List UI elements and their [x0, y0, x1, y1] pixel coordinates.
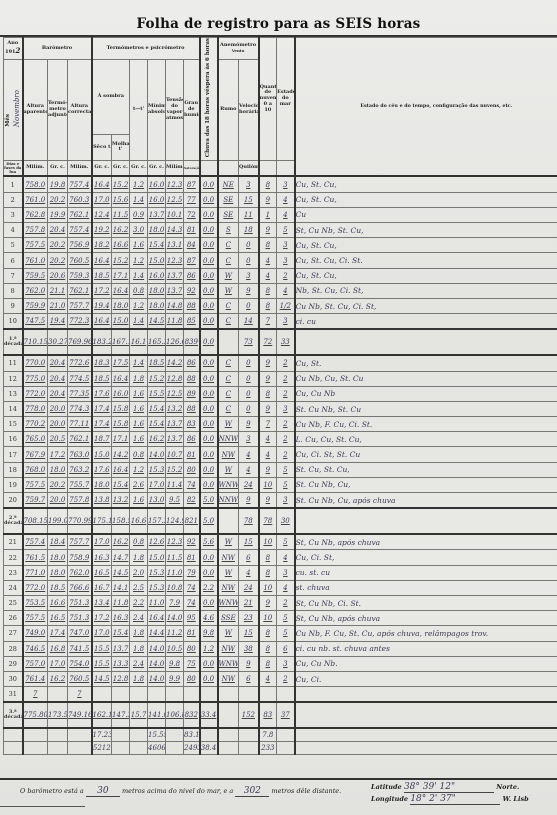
- cell-mar: 3: [277, 176, 295, 192]
- cell-alt: 7̄68.0: [23, 462, 48, 477]
- cell-min: 14.0: [148, 447, 166, 462]
- day-row: 187̄68.018.07̄63.217.616.41.215.315.2800…: [4, 462, 557, 477]
- cell-vel: 4: [239, 565, 259, 580]
- cell-alt: 7̄70.2: [23, 417, 48, 432]
- cell-diff: 2.4: [130, 656, 148, 671]
- cell-diff: 0.8: [130, 534, 148, 550]
- cell-term: 20.4: [48, 386, 68, 401]
- cell-min: 18.0: [148, 283, 166, 298]
- cell-min: 15.2: [148, 371, 166, 386]
- cell-grau: 80: [184, 671, 200, 686]
- cell-alt: 7̄59.7: [23, 493, 48, 509]
- cell-rumo: W: [218, 268, 239, 283]
- unit-milim: Milím.: [23, 160, 48, 176]
- cell-vel: 6: [239, 671, 259, 686]
- total-cell-vel: [239, 728, 259, 742]
- cell-nuv: 10: [259, 534, 277, 550]
- clouds-header: Quantidade de nuvens 0 a 10: [259, 38, 277, 161]
- total-cell-tens: [166, 742, 184, 755]
- cell-rumo: W: [218, 417, 239, 432]
- cell-nuv: 8: [259, 565, 277, 580]
- cell-molh: 11.8: [112, 595, 130, 610]
- cell-corr: 7̄62.0: [68, 565, 92, 580]
- cell-alt: 7̄57.5: [23, 477, 48, 492]
- day-number: 26: [4, 611, 23, 626]
- cell-chuva: 0.0: [200, 462, 218, 477]
- cell-alt: 7̄53.5: [23, 595, 48, 610]
- cell-nuv: 10: [259, 580, 277, 595]
- cell-alt: 7̄62.0: [23, 283, 48, 298]
- cell-corr: 7̄57.7: [68, 534, 92, 550]
- cell-seco: 19.4: [92, 298, 112, 313]
- sky-remarks: Cu Nb, F. Cu, St. Cu, após chuva, relâmp…: [295, 626, 557, 641]
- day-number: 21: [4, 534, 23, 550]
- cell-corr: 7̄41.5: [68, 641, 92, 656]
- cell-diff: 1.4: [130, 268, 148, 283]
- cell-chuva: [200, 687, 218, 703]
- cell-grau: 80: [184, 462, 200, 477]
- cell-vel: 0: [239, 401, 259, 416]
- cell-chuva: 0.0: [200, 671, 218, 686]
- cell-term: 17.0: [48, 656, 68, 671]
- dry-header: Sêco t: [92, 134, 112, 160]
- day-row: 47̄57.820.47̄57.419.216.23.018.014.3810.…: [4, 223, 557, 238]
- cell-vel: 9: [239, 493, 259, 509]
- sky-remarks: St. Cu Nb, St. Cu: [295, 401, 557, 416]
- cell-tens: 10.5: [166, 641, 184, 656]
- cell-vel: 0: [239, 371, 259, 386]
- cell-min: 17.0: [148, 477, 166, 492]
- cell-tens: 12.3: [166, 176, 184, 192]
- cell-alt: 7̄70.0: [23, 355, 48, 371]
- sky-remarks: Cu, Cu Nb: [295, 386, 557, 401]
- cell-nuv: 8: [259, 238, 277, 253]
- total-cell-rem: [295, 728, 557, 742]
- cell-min: 15.5: [148, 386, 166, 401]
- cell-corr: 7̄62.1: [68, 432, 92, 447]
- sky-remarks: Cu, Ci. St, St. Cu: [295, 447, 557, 462]
- cell-vel: 6: [239, 550, 259, 565]
- cell-alt: 7̄47.5: [23, 314, 48, 330]
- cell-term: 16.8: [48, 641, 68, 656]
- cell-term: 16.5: [48, 611, 68, 626]
- cell-alt: 7̄65.0: [23, 432, 48, 447]
- cell-term: 20.2: [48, 238, 68, 253]
- cell-mar: 3: [277, 493, 295, 509]
- unit-grc: Gr. c.: [48, 160, 68, 176]
- cell-rumo: NNW: [218, 493, 239, 509]
- cell-term: 16.6: [48, 595, 68, 610]
- cell-corr: 7̄7.11: [68, 417, 92, 432]
- total-cell-molh: [112, 728, 130, 742]
- cell-term: 20.2: [48, 192, 68, 207]
- cell-chuva: 0.0: [200, 268, 218, 283]
- cell-vel: 38: [239, 641, 259, 656]
- minimum-header: Mínima absoluta: [148, 60, 166, 161]
- cell-seco: 18.5: [92, 268, 112, 283]
- cell-nuv: 4: [259, 447, 277, 462]
- cell-nuv: 9: [259, 401, 277, 416]
- cell-term: 18.0: [48, 565, 68, 580]
- cell-nuv: 8: [259, 550, 277, 565]
- cell-chuva: 0.0: [200, 432, 218, 447]
- cell-term: 17.2: [48, 447, 68, 462]
- day-number: 27: [4, 626, 23, 641]
- cell-mar: 5: [277, 223, 295, 238]
- cell-seco: 16.4: [92, 314, 112, 330]
- cell-molh: 15.4: [112, 477, 130, 492]
- cell-tens: 11.5: [166, 550, 184, 565]
- cell-molh: 17.1: [112, 268, 130, 283]
- cell-chuva: 0.0: [200, 477, 218, 492]
- year-header: Ano 1912: [4, 38, 23, 60]
- cell-diff: 2.5: [130, 580, 148, 595]
- cell-vel: 24: [239, 477, 259, 492]
- cell-nuv: 9: [259, 493, 277, 509]
- day-number: 28: [4, 641, 23, 656]
- day-row: 97̄59.921.07̄57.719.418.01.218.014.8880.…: [4, 298, 557, 313]
- total-cell-mar: [277, 728, 295, 742]
- cell-grau: 839: [184, 329, 200, 355]
- cell-alt: 7̄49.0: [23, 626, 48, 641]
- cell-grau: 80: [184, 641, 200, 656]
- unit-milim: Milím.: [166, 160, 184, 176]
- cell-diff: 1.8: [130, 371, 148, 386]
- cell-diff: 1.2: [130, 462, 148, 477]
- cell-tens: 11.8: [166, 314, 184, 330]
- cell-chuva: 0.0: [200, 550, 218, 565]
- cell-grau: 79: [184, 565, 200, 580]
- cell-min: 15.3: [148, 580, 166, 595]
- cell-diff: 1.4: [130, 355, 148, 371]
- cell-mar: 3: [277, 401, 295, 416]
- day-row: 37̄62.819.97̄62.112.411.50.913.710.1720.…: [4, 207, 557, 222]
- cell-mar: 6: [277, 641, 295, 656]
- cell-min: 12.6: [148, 534, 166, 550]
- cell-corr: 7̄58.9: [68, 550, 92, 565]
- unit-grc: Gr. c.: [148, 160, 166, 176]
- coordinates: Latitude 38° 39' 12" Norte. Longitude 18…: [371, 782, 529, 806]
- cell-vel: 9: [239, 656, 259, 671]
- sky-remarks: Nb, St. Cu, Ci. St,: [295, 283, 557, 298]
- cell-mar: [277, 687, 295, 703]
- cell-chuva: 0.0: [200, 355, 218, 371]
- cell-corr: 7̄70.99: [68, 508, 92, 534]
- cell-chuva: 0.0: [200, 192, 218, 207]
- day-row: 17̄58.019.87̄57.416.415.21.216.012.3870.…: [4, 176, 557, 192]
- cell-term: 19.4: [48, 314, 68, 330]
- day-number: 19: [4, 477, 23, 492]
- cell-rumo: NW: [218, 671, 239, 686]
- cell-mar: 2: [277, 386, 295, 401]
- day-number: 9: [4, 298, 23, 313]
- sky-remarks: cu. st. cu: [295, 565, 557, 580]
- day-row: 277̄49.017.47̄47.017.015.41.814.411.2819…: [4, 626, 557, 641]
- cell-molh: 14.2: [112, 447, 130, 462]
- latitude-value: 38° 39' 12": [404, 782, 494, 793]
- cell-seco: 16.3: [92, 550, 112, 565]
- unit-grc: Gr. c.: [112, 160, 130, 176]
- cell-rumo: S: [218, 223, 239, 238]
- cell-seco: 15.5: [92, 641, 112, 656]
- cell-min: 14.0: [148, 656, 166, 671]
- day-row: 217̄57.418.47̄57.717.016.20.812.612.3925…: [4, 534, 557, 550]
- cell-min: 15.4: [148, 401, 166, 416]
- unit-milim: Milím.: [68, 160, 92, 176]
- cell-nuv: 7: [259, 417, 277, 432]
- cell-molh: 16.4: [112, 462, 130, 477]
- sky-remarks: Cu Nb, St. Cu, Ci. St,: [295, 298, 557, 313]
- cell-rumo: [218, 508, 239, 534]
- cell-diff: 1.6: [130, 401, 148, 416]
- cell-tens: 13.2: [166, 401, 184, 416]
- cell-mar: 3: [277, 656, 295, 671]
- cell-min: 16.2: [148, 432, 166, 447]
- cell-term: 16.2: [48, 671, 68, 686]
- total-cell-seco: 17.23: [92, 728, 112, 742]
- cell-nuv: 8: [259, 386, 277, 401]
- cell-diff: 1.8: [130, 671, 148, 686]
- total-cell-term: [48, 742, 68, 755]
- footer-divider: [0, 806, 85, 807]
- day-number: 4: [4, 223, 23, 238]
- cell-rumo: W: [218, 283, 239, 298]
- cell-molh: 15.6: [112, 192, 130, 207]
- wind-direction-header: Rumo: [218, 60, 239, 161]
- cell-tens: 14.3: [166, 223, 184, 238]
- cell-chuva: 0.0: [200, 371, 218, 386]
- cell-min: 18.5: [148, 355, 166, 371]
- total-cell-corr: [68, 728, 92, 742]
- cell-min: 15.4: [148, 238, 166, 253]
- cell-alt: 7̄72.0: [23, 580, 48, 595]
- cell-mar: 5: [277, 462, 295, 477]
- cell-rumo: W: [218, 565, 239, 580]
- cell-molh: 13.2: [112, 493, 130, 509]
- cell-term: [48, 687, 68, 703]
- cell-corr: 7̄59.3: [68, 268, 92, 283]
- cell-chuva: 0.0: [200, 656, 218, 671]
- cell-seco: 17.4: [92, 417, 112, 432]
- cell-vel: 9: [239, 417, 259, 432]
- wet-header: Molhado t': [112, 134, 130, 160]
- cell-seco: 16.4: [92, 253, 112, 268]
- cell-mar: 3: [277, 565, 295, 580]
- cell-chuva: 5.0: [200, 493, 218, 509]
- total-cell-rem: [295, 742, 557, 755]
- day-row: 67̄61.020.27̄60.516.415.21.215.012.3870.…: [4, 253, 557, 268]
- cell-seco: 17.0: [92, 534, 112, 550]
- cell-vel: 4: [239, 462, 259, 477]
- cell-grau: 84: [184, 238, 200, 253]
- cell-rumo: C: [218, 371, 239, 386]
- cell-term: 20.4: [48, 223, 68, 238]
- cell-grau: 88: [184, 371, 200, 386]
- cell-nuv: 9: [259, 192, 277, 207]
- cell-seco: 18.7: [92, 432, 112, 447]
- day-number: 17: [4, 447, 23, 462]
- cell-grau: 92: [184, 534, 200, 550]
- cell-diff: 2.6: [130, 477, 148, 492]
- sky-remarks: Cu, St. Cu,: [295, 192, 557, 207]
- total-cell-nuv: 7.8: [259, 728, 277, 742]
- cell-chuva: 0.0: [200, 401, 218, 416]
- cell-min: 18.0: [148, 298, 166, 313]
- cell-vel: 3: [239, 432, 259, 447]
- day-row: 267̄57.516.57̄51.317.216.32.416.414.0954…: [4, 611, 557, 626]
- cell-mar: 4: [277, 550, 295, 565]
- day-number: 5: [4, 238, 23, 253]
- cell-rumo: C: [218, 314, 239, 330]
- cell-corr: 7̄49.16: [68, 702, 92, 728]
- register-table: Ano 1912 Barómetro Termómetros e psicróm…: [3, 37, 557, 755]
- sky-remarks: Cu, Ci. St,: [295, 550, 557, 565]
- cell-term: 20.0: [48, 417, 68, 432]
- cell-chuva: 5.0: [200, 508, 218, 534]
- cell-term: 19.8: [48, 176, 68, 192]
- cell-tens: 126.6: [166, 329, 184, 355]
- cell-chuva: 0.0: [200, 595, 218, 610]
- barometer-note: O barómetro está a 30 metros acima do ni…: [20, 786, 341, 797]
- cell-term: 199.0: [48, 508, 68, 534]
- cell-vel: 9: [239, 283, 259, 298]
- cell-term: 17.4: [48, 626, 68, 641]
- cell-tens: 15.2: [166, 462, 184, 477]
- day-number: 15: [4, 417, 23, 432]
- total-cell-vel: [239, 742, 259, 755]
- cell-mar: 2: [277, 595, 295, 610]
- cell-tens: 11.4: [166, 477, 184, 492]
- day-number: 2: [4, 192, 23, 207]
- attached-thermometer-header: Termó-metro adjunto: [48, 60, 68, 161]
- distance-value: 302: [235, 786, 269, 797]
- cell-alt: 7̄46.5: [23, 641, 48, 656]
- cell-grau: 87: [184, 176, 200, 192]
- cell-grau: 88: [184, 401, 200, 416]
- cell-seco: 15.0: [92, 447, 112, 462]
- cell-min: 165.3: [148, 329, 166, 355]
- cell-alt: 7̄75.0: [23, 371, 48, 386]
- cell-rumo: WNW: [218, 595, 239, 610]
- cell-tens: 13.1: [166, 238, 184, 253]
- cell-corr: 7̄60.5: [68, 671, 92, 686]
- sky-remarks: St. Cu Nb, Cu, após chuva: [295, 493, 557, 509]
- cell-seco: 17.2: [92, 611, 112, 626]
- total-cell-day: [4, 728, 23, 742]
- cell-term: 18.0: [48, 550, 68, 565]
- cell-vel: 15: [239, 534, 259, 550]
- cell-seco: 12.4: [92, 207, 112, 222]
- cell-seco: 18.0: [92, 477, 112, 492]
- cell-term: 18.4: [48, 534, 68, 550]
- cell-tens: 14.8: [166, 298, 184, 313]
- cell-corr: 7̄57.8: [68, 493, 92, 509]
- cell-vel: 11: [239, 207, 259, 222]
- cell-diff: 3.0: [130, 223, 148, 238]
- cell-seco: 16.5: [92, 565, 112, 580]
- cell-diff: 1.2: [130, 298, 148, 313]
- cell-corr: 7̄63.2: [68, 462, 92, 477]
- cell-diff: [130, 687, 148, 703]
- cell-term: 20.4: [48, 355, 68, 371]
- shade-header: À sombra: [92, 60, 130, 135]
- cell-tens: 13.7: [166, 268, 184, 283]
- cell-vel: 3: [239, 268, 259, 283]
- cell-seco: 18.2: [92, 238, 112, 253]
- cell-min: 11.0: [148, 595, 166, 610]
- cell-corr: 7̄63.0: [68, 447, 92, 462]
- unit-quilom: Quilóm.: [239, 160, 259, 176]
- unit-saturation: Saturação=100: [184, 160, 200, 176]
- cell-chuva: 0.0: [200, 386, 218, 401]
- cell-min: 15.3: [148, 565, 166, 580]
- cell-alt: 7̄59.9: [23, 298, 48, 313]
- cell-rumo: SSE: [218, 611, 239, 626]
- cell-tens: 106.8: [166, 702, 184, 728]
- total-cell-diff: [130, 742, 148, 755]
- cell-mar: 37: [277, 702, 295, 728]
- cell-corr: 7̄72.6: [68, 355, 92, 371]
- vapor-tension-header: Tensão do vapor atmosférico: [166, 60, 184, 161]
- bottom-divider: [0, 778, 557, 780]
- cell-vel: 78: [239, 508, 259, 534]
- total-cell-term: [48, 728, 68, 742]
- cell-alt: 7̄78.0: [23, 401, 48, 416]
- cell-molh: 15.0: [112, 314, 130, 330]
- cell-chuva: 5.6: [200, 534, 218, 550]
- cell-mar: 5: [277, 611, 295, 626]
- sky-remarks: Cu Nb, Cu, St. Cu: [295, 371, 557, 386]
- cell-min: 16.0: [148, 192, 166, 207]
- rain-header: Chuva das 18 horas véspera às 6 horas: [200, 38, 218, 161]
- cell-grau: 81: [184, 626, 200, 641]
- day-row: 57̄57.520.27̄56.918.216.61.615.413.1840.…: [4, 238, 557, 253]
- day-row: 287̄46.516.87̄41.515.513.71.814.010.5801…: [4, 641, 557, 656]
- cell-chuva: 0.0: [200, 176, 218, 192]
- total-cell-rumo: [218, 742, 239, 755]
- cell-mar: 2: [277, 447, 295, 462]
- sky-remarks: Cu, Ci.: [295, 671, 557, 686]
- cell-rumo: C: [218, 298, 239, 313]
- cell-min: 141.0: [148, 702, 166, 728]
- cell-min: 16.4: [148, 611, 166, 626]
- sky-remarks: Cu: [295, 207, 557, 222]
- day-row: 157̄70.220.07̄7.1117.415.81.615.413.7830…: [4, 417, 557, 432]
- cell-vel: 18: [239, 223, 259, 238]
- cell-diff: 1.6: [130, 386, 148, 401]
- sky-remarks: St. Cu Nb, Cu,: [295, 477, 557, 492]
- cell-diff: 1.6: [130, 238, 148, 253]
- register-body: 17̄58.019.87̄57.416.415.21.216.012.3870.…: [4, 176, 557, 754]
- cell-mar: 33: [277, 329, 295, 355]
- cell-rumo: [218, 702, 239, 728]
- cell-alt: 7̄61.0: [23, 253, 48, 268]
- cell-term: 20.2: [48, 253, 68, 268]
- sky-remarks: Cu, Cu Nb.: [295, 656, 557, 671]
- cell-nuv: 8: [259, 656, 277, 671]
- cell-rumo: W: [218, 534, 239, 550]
- day-number: 23: [4, 565, 23, 580]
- cell-diff: 15.7: [130, 702, 148, 728]
- register-sheet: Folha de registro para as SEIS horas Ano…: [0, 0, 557, 815]
- cell-term: 20.5: [48, 432, 68, 447]
- cell-min: 15.0: [148, 550, 166, 565]
- sky-remarks: [295, 702, 557, 728]
- sky-remarks: [295, 687, 557, 703]
- cell-min: 14.4: [148, 626, 166, 641]
- unit-grc: Gr. c.: [92, 160, 112, 176]
- cell-corr: 7̄62.1: [68, 207, 92, 222]
